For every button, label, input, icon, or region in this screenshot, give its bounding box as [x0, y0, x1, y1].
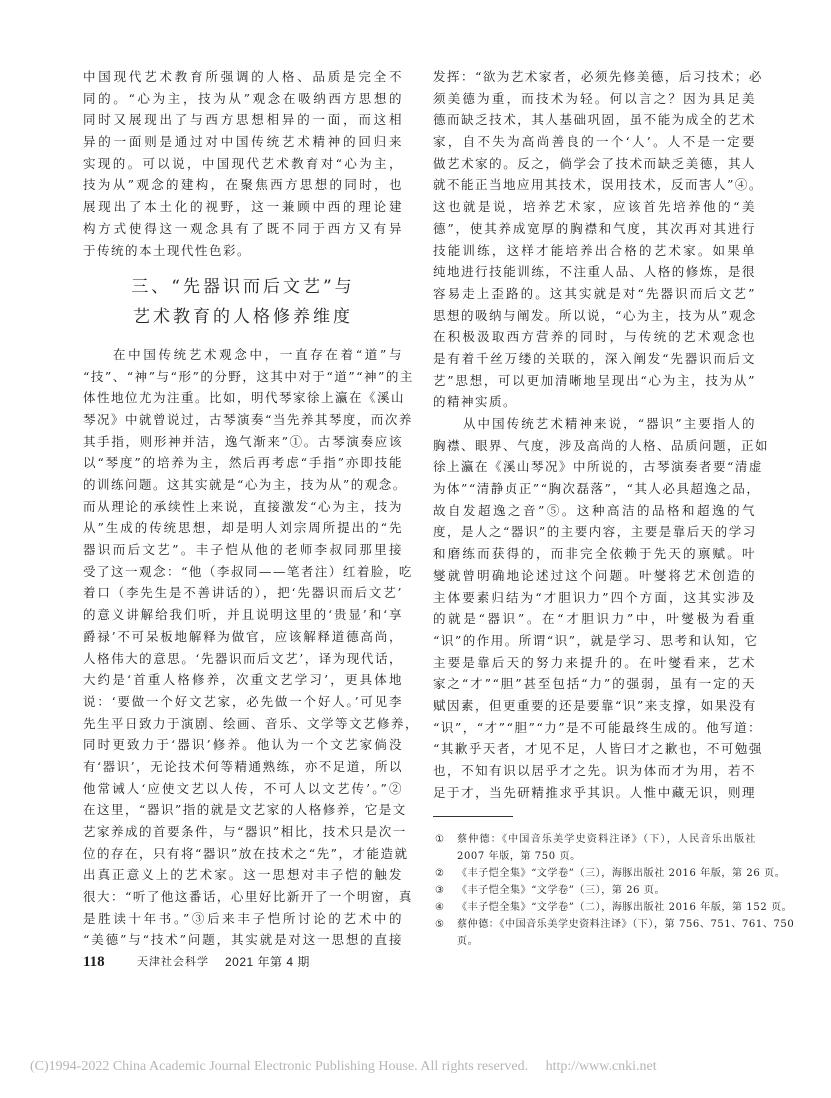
- text-line: 胸襟、眼界、气度，涉及高尚的人格、品质问题，正如: [433, 435, 756, 457]
- footnote-text: 蔡仲德：《中国音乐美学史资料注译》（下），人民音乐出版社 2007 年版，第 7…: [457, 831, 756, 865]
- text-line: 他常诫人‘应使文艺以人传，不可人以文艺传’。”②: [83, 778, 403, 800]
- text-line: 构方式使得这一观念具有了既不同于西方又有异: [83, 218, 403, 240]
- text-line: 家，自不失为高尚善良的一个‘人’。人不是一定要: [433, 131, 756, 153]
- text-line: 从中国传统艺术精神来说，“器识”主要指人的: [433, 413, 756, 435]
- footnote-5: ⑤ 蔡仲德：《中国音乐美学史资料注译》（下），第 756、751、761、750…: [433, 916, 756, 950]
- text-line: 在中国传统艺术观念中，一直存在着“道”与: [83, 344, 403, 366]
- text-line: 是有着千丝万缕的关联的，深入阐发“先器识而后文: [433, 348, 756, 370]
- text-line: 技能训练，这样才能培养出合格的艺术家。如果单: [433, 240, 756, 262]
- text-line: 其手指，则形神并洁，逸气渐来”①。古琴演奏应该: [83, 431, 403, 453]
- text-line: 异的一面则是通过对中国传统艺术精神的回归来: [83, 131, 403, 153]
- footnote-line: 《丰子恺全集》“文学卷”（二），海豚出版社 2016 年版，第 152 页。: [457, 899, 792, 916]
- footnotes: ① 蔡仲德：《中国音乐美学史资料注译》（下），人民音乐出版社 2007 年版，第…: [433, 831, 756, 950]
- text-line: 很大：“听了他这番话，心里好比新开了一个明窗，真: [83, 886, 403, 908]
- text-line: 于传统的本土现代性色彩。: [83, 240, 403, 262]
- text-line: 器识而后文艺”。丰子恺从他的老师李叔同那里接: [83, 539, 403, 561]
- section-heading-line: 艺术教育的人格修养维度: [83, 302, 403, 332]
- text-line: 琴况》中就曾说过，古琴演奏“当先养其琴度，而次养: [83, 409, 403, 431]
- footnote-marker: ②: [433, 865, 457, 882]
- footnote-line: 《丰子恺全集》“文学卷”（三），海豚出版社 2016 年版，第 26 页。: [457, 865, 785, 882]
- text-line: 说：‘要做一个好文艺家，必先做一个好人。’可见李: [83, 691, 403, 713]
- text-line: 同的。“心为主，技为从”观念在吸纳西方思想的: [83, 88, 403, 110]
- footnote-divider: [433, 816, 513, 817]
- page-number: 118: [83, 952, 137, 972]
- footnote-line: 2007 年版，第 750 页。: [457, 848, 756, 865]
- text-line: 受了这一观念：“他（李叔同——笔者注）红着脸，吃: [83, 561, 403, 583]
- right-column: 发挥：“欲为艺术家者，必须先修美德，后习技术；必 须美德为重，而技术为轻。何以言…: [433, 66, 756, 950]
- text-line: “美德”与“技术”问题，其实就是对这一思想的直接: [83, 929, 403, 951]
- paragraph-continuation: 中国现代艺术教育所强调的人格、品质是完全不 同的。“心为主，技为从”观念在吸纳西…: [83, 66, 403, 261]
- paragraph-continuation: 发挥：“欲为艺术家者，必须先修美德，后习技术；必 须美德为重，而技术为轻。何以言…: [433, 66, 756, 413]
- text-line: 主要是靠后天的努力来提升的。在叶燮看来，艺术: [433, 652, 756, 674]
- text-line: 容易走上歪路的。这其实就是对“先器识而后文艺”: [433, 283, 756, 305]
- footnote-marker: ①: [433, 831, 457, 865]
- text-line: 思想的吸纳与阐发。所以说，“心为主，技为从”观念: [433, 305, 756, 327]
- footnote-2: ② 《丰子恺全集》“文学卷”（三），海豚出版社 2016 年版，第 26 页。: [433, 865, 756, 882]
- footnote-line: 蔡仲德：《中国音乐美学史资料注译》（下），第 756、751、761、750: [457, 916, 794, 933]
- footnote-marker: ③: [433, 882, 457, 899]
- text-line: 实现的。可以说，中国现代艺术教育对“心为主，: [83, 153, 403, 175]
- copyright-line: (C)1994-2022 China Academic Journal Elec…: [30, 1057, 657, 1077]
- footnote-1: ① 蔡仲德：《中国音乐美学史资料注译》（下），人民音乐出版社 2007 年版，第…: [433, 831, 756, 865]
- text-line: 这也就是说，培养艺术家，应该首先培养他的“美: [433, 196, 756, 218]
- text-line: 中国现代艺术教育所强调的人格、品质是完全不: [83, 66, 403, 88]
- section-heading: 三、“先器识而后文艺”与 艺术教育的人格修养维度: [83, 272, 403, 332]
- text-line: 的训练问题。这其实就是“心为主，技为从”的观念。: [83, 474, 403, 496]
- text-line: 德而缺乏技术，其人基础巩固，虽不能为成全的艺术: [433, 109, 756, 131]
- text-line: 在积极汲取西方营养的同时，与传统的艺术观念也: [433, 326, 756, 348]
- footnote-marker: ④: [433, 899, 457, 916]
- text-line: 以“琴度”的培养为主，然后再考虑“手指”亦即技能: [83, 452, 403, 474]
- running-footer: 118 天津社会科学 2021 年第 4 期: [83, 952, 310, 972]
- text-line: 发挥：“欲为艺术家者，必须先修美德，后习技术；必: [433, 66, 756, 88]
- text-line: 赋因素，但更重要的还是要靠“识”来支撑，如果没有: [433, 695, 756, 717]
- text-line: 有‘器识’，无论技术何等精通熟练，亦不足道，所以: [83, 756, 403, 778]
- text-line: 展现出了本土化的视野，这一兼顾中西的理论建: [83, 196, 403, 218]
- text-line: 是胜读十年书。”③后来丰子恺所讨论的艺术中的: [83, 908, 403, 930]
- text-line: “识”，“才”“胆”“力”是不可能最终生成的。他写道：: [433, 717, 756, 739]
- text-line: 纯地进行技能训练，不注重人品、人格的修炼，是很: [433, 261, 756, 283]
- section-heading-line: 三、“先器识而后文艺”与: [83, 272, 403, 302]
- footnote-line: 《丰子恺全集》“文学卷”（三），第 26 页。: [457, 882, 756, 899]
- text-line: 主体要素归结为“才胆识力”四个方面，这其实涉及: [433, 587, 756, 609]
- footnote-3: ③ 《丰子恺全集》“文学卷”（三），第 26 页。: [433, 882, 756, 899]
- text-line: “技”、“神”与“形”的分野，这其中对于“道”“神”的主: [83, 366, 403, 388]
- text-line: 艺”思想，可以更加清晰地呈现出“心为主，技为从”: [433, 370, 756, 392]
- text-line: “识”的作用。所谓“识”，就是学习、思考和认知，它: [433, 630, 756, 652]
- journal-name: 天津社会科学: [137, 952, 225, 972]
- text-line: 同时又展现出了与西方思想相异的一面，而这相: [83, 109, 403, 131]
- text-line: 燮就曾明确地论述过这个问题。叶燮将艺术创造的: [433, 565, 756, 587]
- text-line: 为体”“清静贞正”“胸次磊落”，“其人必具超逸之品，: [433, 478, 756, 500]
- text-line: 同时更致力于‘器识’修养。他认为一个文艺家倘没: [83, 734, 403, 756]
- paragraph: 从中国传统艺术精神来说，“器识”主要指人的 胸襟、眼界、气度，涉及高尚的人格、品…: [433, 413, 756, 803]
- text-line: 就不能正当地应用其技术，误用技术，反而害人”④。: [433, 174, 756, 196]
- footnote-text: 《丰子恺全集》“文学卷”（二），海豚出版社 2016 年版，第 152 页。: [457, 899, 792, 916]
- text-line: 须美德为重，而技术为轻。何以言之？因为具足美: [433, 88, 756, 110]
- footnote-4: ④ 《丰子恺全集》“文学卷”（二），海豚出版社 2016 年版，第 152 页。: [433, 899, 756, 916]
- footnote-line: 页。: [457, 933, 794, 950]
- journal-issue: 2021 年第 4 期: [225, 952, 310, 972]
- text-line: 的就是“器识”。在“才胆识力”中，叶燮极为看重: [433, 608, 756, 630]
- text-line: 而从理论的承续性上来说，直接激发“心为主，技为: [83, 496, 403, 518]
- paragraph: 在中国传统艺术观念中，一直存在着“道”与 “技”、“神”与“形”的分野，这其中对…: [83, 344, 403, 951]
- text-line: 大约是‘首重人格修养，次重文艺学习’，更具体地: [83, 669, 403, 691]
- copyright-url: http://www.cnki.net: [546, 1059, 657, 1074]
- text-line: 的精神实质。: [433, 391, 756, 413]
- text-line: 从”生成的传统思想，却是明人刘宗周所提出的“先: [83, 517, 403, 539]
- text-line: 徐上瀛在《溪山琴况》中所说的，古琴演奏者要“清虚: [433, 456, 756, 478]
- text-line: 在这里，“器识”指的就是文艺家的人格修养，它是文: [83, 799, 403, 821]
- left-column: 中国现代艺术教育所强调的人格、品质是完全不 同的。“心为主，技为从”观念在吸纳西…: [83, 66, 403, 951]
- footnote-text: 《丰子恺全集》“文学卷”（三），第 26 页。: [457, 882, 756, 899]
- text-line: 先生平日致力于演剧、绘画、音乐、文学等文艺修养，: [83, 713, 403, 735]
- text-line: 也，不知有识以居乎才之先。识为体而才为用，若不: [433, 760, 756, 782]
- text-line: 人格伟大的意思。‘先器识而后文艺’，译为现代话，: [83, 648, 403, 670]
- text-line: 艺家养成的首要条件，与“器识”相比，技术只是次一: [83, 821, 403, 843]
- text-line: 爵禄’不可呆板地解释为做官，应该解释道德高尚，: [83, 626, 403, 648]
- text-line: 德”，使其养成宽厚的胸襟和气度，其次再对其进行: [433, 218, 756, 240]
- text-line: 的意义讲解给我们听，并且说明这里的‘贵显’和‘享: [83, 604, 403, 626]
- text-line: 家之“才”“胆”甚至包括“力”的强弱，虽有一定的天: [433, 673, 756, 695]
- text-line: 做艺术家的。反之，倘学会了技术而缺乏美德，其人: [433, 153, 756, 175]
- footnote-line: 蔡仲德：《中国音乐美学史资料注译》（下），人民音乐出版社: [457, 831, 756, 848]
- text-line: “其歉乎天者，才见不足，人皆曰才之歉也，不可勉强: [433, 738, 756, 760]
- text-line: 出真正意义上的艺术家。这一思想对丰子恺的触发: [83, 864, 403, 886]
- text-line: 位的存在，只有将“器识”放在技术之“先”，才能造就: [83, 843, 403, 865]
- text-line: 着口（李先生是不善讲话的），把‘先器识而后文艺’: [83, 582, 403, 604]
- text-line: 度，是人之“器识”的主要内容，主要是靠后天的学习: [433, 521, 756, 543]
- copyright-notice: (C)1994-2022 China Academic Journal Elec…: [30, 1059, 528, 1074]
- footnote-text: 蔡仲德：《中国音乐美学史资料注译》（下），第 756、751、761、750 页…: [457, 916, 794, 950]
- text-line: 技为从”观念的建构，在聚焦西方思想的同时，也: [83, 174, 403, 196]
- footnote-marker: ⑤: [433, 916, 457, 950]
- text-line: 故自发超逸之音”⑤。这种高洁的品格和超逸的气: [433, 500, 756, 522]
- footnote-text: 《丰子恺全集》“文学卷”（三），海豚出版社 2016 年版，第 26 页。: [457, 865, 785, 882]
- text-line: 足于才，当先研精推求乎其识。人惟中藏无识，则理: [433, 782, 756, 804]
- text-line: 体性地位尤为注重。比如，明代琴家徐上瀛在《溪山: [83, 387, 403, 409]
- text-line: 和磨练而获得的，而非完全依赖于先天的禀赋。叶: [433, 543, 756, 565]
